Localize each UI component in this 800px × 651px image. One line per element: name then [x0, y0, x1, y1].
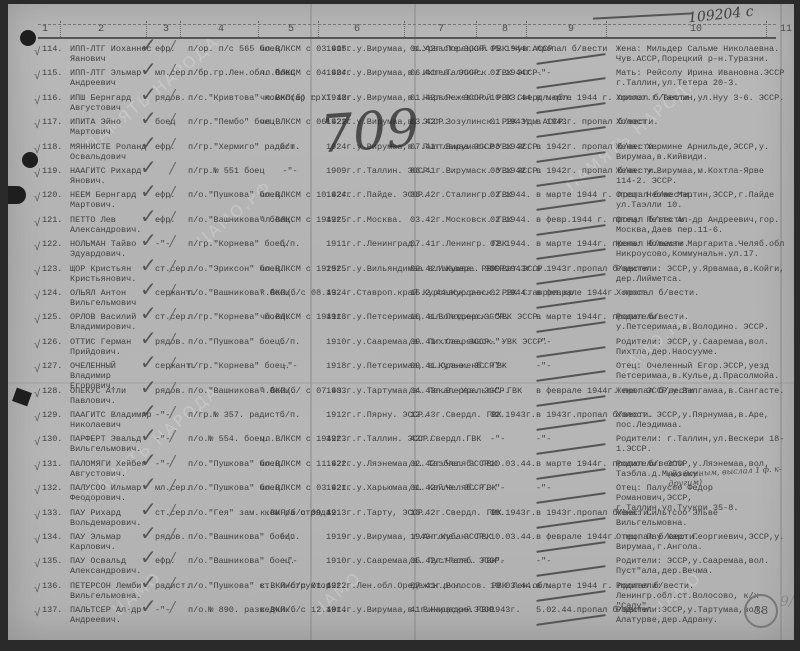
next-of-kin: Жена: у.Вирумаа,м.Кохтла-Ярве 114-2. ЭСС… — [616, 166, 786, 186]
table-row: √ 126. ОТТИС Герман Прийдович. ✓ рядов. … — [8, 337, 794, 362]
conscription-info: 12.43г.Свердл. ГВК — [410, 410, 502, 420]
pencil-scribble-icon: / — [170, 261, 175, 271]
check-tick-icon: √ — [34, 146, 41, 156]
column-number: 10 — [690, 24, 702, 35]
check-tick-icon: √ — [34, 72, 41, 82]
pen-underline — [536, 370, 606, 382]
loss-date: 08.1943г. — [490, 508, 536, 518]
pen-underline — [536, 102, 606, 114]
conscription-info: 1943г.Кубан. ГВК — [410, 532, 492, 542]
pencil-scribble-icon: / — [170, 212, 175, 222]
check-tick-icon: √ — [34, 194, 41, 204]
next-of-kin: Жена: Хермине Арнильде,ЭССР,у. Вирумаа,в… — [616, 142, 786, 162]
pencil-scribble-icon: / — [170, 309, 175, 319]
table-row: √ 122. НОЛЬМАН Тайво Эдуардович. ✓ -"- /… — [8, 239, 794, 264]
party-membership: чл.ВЛКСМ с 03.40г. — [260, 44, 320, 54]
column-number: 4 — [218, 24, 224, 35]
table-row: √ 124. ОЛЬЯЛ Антон Вильгельмович ✓ сержа… — [8, 288, 794, 313]
loss-date: 01.1943г. — [490, 117, 536, 127]
pencil-check-icon: ✓ — [140, 162, 157, 172]
pencil-scribble-icon: / — [170, 407, 175, 417]
column-number: 9 — [568, 24, 574, 35]
row-number: 120. — [42, 190, 62, 200]
check-tick-icon: √ — [34, 243, 41, 253]
party-membership: чл.ВКП(б) с XI.42г. — [260, 93, 320, 103]
loss-date: 02.1943г. — [490, 410, 536, 420]
archive-stamp: 38 — [744, 594, 778, 628]
next-of-kin: Родители: ЭССР,у.Ярвамаа,в.Койги, дер.Ли… — [616, 264, 786, 284]
check-tick-icon: √ — [34, 414, 41, 424]
check-tick-icon: √ — [34, 536, 41, 546]
check-tick-icon: √ — [34, 341, 41, 351]
party-membership: б/п. — [260, 239, 320, 249]
loss-date: -"- — [490, 361, 505, 371]
pencil-scribble-icon: / — [170, 90, 175, 100]
table-row: √ 128. ОПЕКУС Атли Павлович. ✓ рядов. / … — [8, 386, 794, 411]
loss-date: 02.1944. — [490, 190, 531, 200]
party-membership: б/п. — [260, 337, 320, 347]
check-tick-icon: √ — [34, 97, 41, 107]
loss-reason: -"- — [536, 556, 551, 566]
pencil-scribble-icon: / — [170, 553, 175, 563]
pencil-scribble-icon: / — [170, 285, 175, 295]
loss-date: 05.1944г. — [490, 44, 536, 54]
next-of-kin: Отец: Очеленный Егор.ЭССР,уезд Петсерима… — [616, 361, 786, 381]
loss-date: 09.1943г. — [490, 264, 536, 274]
loss-date: 08.1942. — [490, 166, 531, 176]
column-number: 3 — [163, 24, 169, 35]
row-number: 136. — [42, 581, 62, 591]
conscription-info: 42г.Свердл.ГВК — [410, 434, 481, 444]
party-membership: к.ВКП/б/с 12.40г. — [260, 605, 320, 615]
check-tick-icon: √ — [34, 512, 41, 522]
next-of-kin: Родители: ЭССР,у.Сааремаа,вол. Пихтла,де… — [616, 337, 786, 357]
table-row: √ 115. ИПП-ЛТГ Эльмар Андреевич ✓ мл.сер… — [8, 68, 794, 93]
pen-underline — [536, 566, 606, 578]
row-number: 122. — [42, 239, 62, 249]
pen-underline — [536, 614, 606, 626]
party-membership: чл.ВЛКСМ с 1942г. — [260, 215, 320, 225]
row-number: 135. — [42, 556, 62, 566]
check-tick-icon: √ — [34, 609, 41, 619]
loss-date: -"- — [490, 337, 505, 347]
check-tick-icon: √ — [34, 560, 41, 570]
row-number: 114. — [42, 44, 62, 54]
loss-date: 10.03.44. — [490, 532, 536, 542]
loss-date: -"- — [490, 386, 505, 396]
pencil-scribble-icon: / — [170, 139, 175, 149]
pencil-scribble-icon: / — [170, 236, 175, 246]
table-row: √ 136. ПЕТЕРСОН Лемби Вильгельмовна. ✓ р… — [8, 581, 794, 606]
pen-underline — [536, 151, 606, 163]
pen-underline — [536, 517, 606, 529]
pencil-scribble-icon: / — [170, 65, 175, 75]
pencil-annotation: 709 — [318, 99, 421, 166]
row-number: 128. — [42, 386, 62, 396]
row-number: 116. — [42, 93, 62, 103]
pencil-scribble-icon: / — [170, 334, 175, 344]
party-membership: -"- — [260, 166, 320, 176]
party-membership: чл.ВЛКСМ с 10.42г. — [260, 190, 320, 200]
loss-date: 02.1944. — [490, 288, 531, 298]
row-number: 131. — [42, 459, 62, 469]
party-membership: б/п. — [260, 410, 320, 420]
pen-underline — [536, 297, 606, 309]
row-number: 129. — [42, 410, 62, 420]
pencil-scribble-icon: / — [170, 456, 175, 466]
loss-date: -"- — [490, 312, 505, 322]
pencil-scribble-icon: / — [170, 578, 175, 588]
loss-date: -"- — [490, 483, 505, 493]
check-tick-icon: √ — [34, 438, 41, 448]
check-tick-icon: √ — [34, 219, 41, 229]
table-row: √ 134. ПАУ Эльмар Карлович. ✓ рядов. / п… — [8, 532, 794, 557]
next-of-kin: Родители: г.Таллин,ул.Вескери 18-1.ЭССР. — [616, 434, 786, 454]
party-membership: -"- — [260, 361, 320, 371]
rank: -"- — [155, 434, 170, 444]
party-membership: чл.ВЛКСМ с 11.42г. — [260, 459, 320, 469]
party-membership: -"- — [260, 556, 320, 566]
next-of-kin: Холост. — [616, 288, 786, 298]
next-of-kin: Отец: Петто Ал-др Андреевич,гор. Москва,… — [616, 215, 786, 235]
pencil-scribble-icon: / — [170, 358, 175, 368]
row-number: 123. — [42, 264, 62, 274]
row-number: 118. — [42, 142, 62, 152]
conscription-info: 02.42г.Челяб. ГВК — [410, 459, 497, 469]
conscription-info: 04.43г.В.-Уральск. ГВК — [410, 386, 522, 396]
rank: -"- — [155, 459, 170, 469]
table-row: √ 119. НААГИТС Рихард Янович. ✓ / п/гр.№… — [8, 166, 794, 191]
pen-underline — [536, 126, 606, 138]
pen-underline — [536, 200, 606, 212]
check-tick-icon: √ — [34, 170, 41, 180]
rank: -"- — [155, 410, 170, 420]
party-membership: б/п. — [260, 532, 320, 542]
loss-date: 08.1942. — [490, 142, 531, 152]
next-of-kin: Отец: Неэме Мартин,ЭССР,г.Пайде ул.Таэлл… — [616, 190, 786, 210]
birth-year-place: 1925г.г.Москва. — [326, 215, 403, 225]
row-number: 130. — [42, 434, 62, 444]
pen-underline — [536, 395, 606, 407]
row-number: 121. — [42, 215, 62, 225]
table-row: √ 137. ПАЛЬТСЕР Ал-др Андреевич. ✓ -"- /… — [8, 605, 794, 630]
party-membership: б/п. — [260, 142, 320, 152]
party-membership: чл.ВЛКСМ с 1941г. — [260, 312, 320, 322]
pen-underline — [536, 346, 606, 358]
party-membership: чл.ВЛКСМ с 04.40г. — [260, 68, 320, 78]
row-number: 137. — [42, 605, 62, 615]
table-row: √ 129. ПААГИТС Владимир Николаевич ✓ -"-… — [8, 410, 794, 435]
pencil-scribble-icon: / — [170, 602, 175, 612]
row-number: 126. — [42, 337, 62, 347]
party-membership: чл.ВЛКСМ с 06.42г. — [260, 117, 320, 127]
pen-underline — [536, 590, 606, 602]
pen-underline — [536, 419, 606, 431]
loss-reason: -"- — [536, 434, 551, 444]
pencil-scribble-icon: / — [170, 505, 175, 515]
column-number: 1 — [42, 24, 48, 35]
next-of-kin: Жена: Мильдер Сальме Николаевна. Чув.АСС… — [616, 44, 786, 64]
column-number: 8 — [502, 24, 508, 35]
row-number: 119. — [42, 166, 62, 176]
conscription-info: 09.41г.Сааремаск. УВК ЭССР. — [410, 337, 548, 347]
next-of-kin: Холост. — [616, 117, 786, 127]
check-tick-icon: √ — [34, 316, 41, 326]
pencil-scribble-icon: / — [170, 480, 175, 490]
column-number: 5 — [288, 24, 294, 35]
loss-reason: пропал б/вести — [536, 44, 607, 54]
next-of-kin: Родители: ЭССР,у.Сааремаа,вол. Пуст"ала,… — [616, 556, 786, 576]
pencil-scribble-icon: / — [170, 431, 175, 441]
page-mark: 9/1 — [780, 594, 794, 610]
pencil-scribble-icon: / — [170, 41, 175, 51]
loss-date: 10.03.44. — [490, 459, 536, 469]
loss-date: -"- — [490, 556, 505, 566]
check-tick-icon: √ — [34, 487, 41, 497]
pencil-scribble-icon: / — [170, 114, 175, 124]
conscription-info: 10.41г.Петсерск. УВК ЭССР. — [410, 312, 543, 322]
loss-date: 10.03.44. — [490, 93, 536, 103]
loss-reason: -"- — [536, 337, 551, 347]
rank: -"- — [155, 239, 170, 249]
pencil-scribble-icon: / — [170, 163, 175, 173]
next-of-kin: Холост. ЭССР,у.Пярнумаа,в.Аре, пос.Леэди… — [616, 410, 786, 430]
party-membership: чл.ВЛКСМ с 1942г. — [260, 434, 320, 444]
loss-date: 1943г. — [490, 605, 521, 615]
next-of-kin: Родители: у.Петсеримаа,в.Володино. ЭССР. — [616, 312, 786, 332]
pen-underline — [536, 53, 606, 65]
table-row: √ 123. ЩОР Кристьян Кристьянович. ✓ ст.с… — [8, 264, 794, 289]
conscription-info: 01.42г.Челяб. ГВК — [410, 483, 497, 493]
check-tick-icon: √ — [34, 463, 41, 473]
row-number: 133. — [42, 508, 62, 518]
column-number: 11 — [780, 24, 792, 35]
table-row: √ 120. НЕЕМ Бернгард Мартович. ✓ ефр. / … — [8, 190, 794, 215]
row-number: 134. — [42, 532, 62, 542]
pen-underline — [536, 492, 606, 504]
table-row: √ 130. ПАРФЕРТ Эвальд Вильгельмович. ✓ -… — [8, 434, 794, 459]
table-row: √ 125. ОРЛОВ Василий Владимирович. ✓ ст.… — [8, 312, 794, 337]
next-of-kin: Жена: Нольман Маргарита.Челяб.обл Никроу… — [616, 239, 786, 259]
party-membership: к.ВКП/б/с 01.42г. — [260, 581, 320, 591]
unit-position: п/гр.№ 551 боец — [188, 166, 265, 176]
unit-position: п/о.№ 554. боец. — [188, 434, 270, 444]
rank: -"- — [155, 605, 170, 615]
party-membership: ч.ВКП/б/ с 07.43. — [260, 386, 320, 396]
pencil-scribble-icon: / — [170, 529, 175, 539]
loss-reason: -"- — [536, 483, 551, 493]
column-number: 7 — [438, 24, 444, 35]
pencil-scribble-icon: / — [170, 187, 175, 197]
pencil-scribble-icon: / — [170, 383, 175, 393]
pen-underline — [536, 224, 606, 236]
check-tick-icon: √ — [34, 292, 41, 302]
row-number: 132. — [42, 483, 62, 493]
check-tick-icon: √ — [34, 390, 41, 400]
loss-date: 10.03.44. — [490, 581, 536, 591]
loss-reason: -"- — [536, 68, 551, 78]
table-row: √ 127. ОЧЕЛЕННЫЙ Владимир Егорович. ✓ се… — [8, 361, 794, 386]
row-number: 117. — [42, 117, 62, 127]
loss-reason: -"- — [536, 361, 551, 371]
strike-through-mark — [593, 12, 693, 19]
conscription-info: 10.42г.Свердл. ГВК — [410, 508, 502, 518]
check-tick-icon: √ — [34, 585, 41, 595]
pen-underline — [536, 78, 606, 90]
pen-underline — [536, 273, 606, 285]
check-tick-icon: √ — [34, 48, 41, 58]
table-row: √ 121. ПЕТТО Лев Александрович. ✓ ефр. /… — [8, 215, 794, 240]
table-row: √ 133. ПАУ Рихард Вольдемарович. ✓ ст.се… — [8, 508, 794, 533]
check-tick-icon: √ — [34, 365, 41, 375]
row-number: 124. — [42, 288, 62, 298]
pen-underline — [536, 175, 606, 187]
next-of-kin: Жена: Сильтсоо Эльве Вильгельмовна. — [616, 508, 786, 528]
pen-underline — [536, 322, 606, 334]
loss-date: 02.1944. — [490, 239, 531, 249]
check-tick-icon: √ — [34, 268, 41, 278]
conscription-info: 05.42г.Челяб. ГВК — [410, 556, 497, 566]
party-membership: чл.ВЛКСМ с 03.42г. — [260, 483, 320, 493]
next-of-kin: Мать: Рейсолу Ирина Ивановна.ЭССР г.Талл… — [616, 68, 786, 88]
column-number: 2 — [98, 24, 104, 35]
party-membership: чл.ВЛКСМ с 1925г. — [260, 264, 320, 274]
next-of-kin: Холост.г.Таллин,ул.Нуу 3-6. ЭССР. — [616, 93, 786, 103]
table-row: √ 114. ИПП-ЛТГ Иоханнес Яанович ✓ ефр. /… — [8, 44, 794, 69]
check-tick-icon: √ — [34, 121, 41, 131]
pen-underline — [536, 468, 606, 480]
birth-year-place: 1911г.г.Ленинград. — [326, 239, 418, 249]
row-number: 115. — [42, 68, 62, 78]
document-sheet: ПАМЯТЬ НАРОДА ЦАМО.РФ ПАМЯТЬ НАРОДА ЦАМО… — [8, 4, 794, 640]
party-membership: к.ВКП/б/с 09.42. — [260, 508, 320, 518]
pen-underline — [536, 444, 606, 456]
pen-underline — [536, 248, 606, 260]
loss-date: -"- — [490, 434, 505, 444]
pen-underline — [536, 541, 606, 553]
loss-date: 02.1944г. — [490, 68, 536, 78]
next-of-kin: Отец: Пау Карл Георгиевич,ЭССР,у. Вирума… — [616, 532, 786, 552]
row-number: 125. — [42, 312, 62, 322]
next-of-kin: Жена: ЭССР,у.Валгамаа,в.Сангасте. — [616, 386, 786, 396]
conscription-info: 41г.Нарвский ГВК. — [410, 605, 497, 615]
loss-date: 02.1944. — [490, 215, 531, 225]
party-membership: к.ВКП/б/с 08.43. — [260, 288, 320, 298]
column-number: 6 — [354, 24, 360, 35]
table-row: √ 135. ПАУ Освальд Александрович. ✓ ефр.… — [8, 556, 794, 581]
row-number: 127. — [42, 361, 62, 371]
